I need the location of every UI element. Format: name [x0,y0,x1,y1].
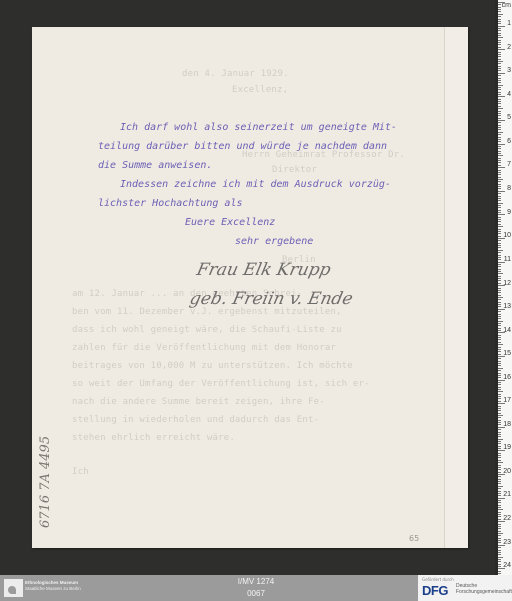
ruler-label: 2 [507,44,511,51]
bleed-text: stehen ehrlich erreicht wäre. [72,433,235,443]
page-edge [445,27,468,548]
signature-line: geb. Freiin v. Ende [188,289,355,309]
bleed-text: Ich [72,467,89,477]
ruler-label: 9 [507,209,511,216]
bleed-text: Excellenz, [232,85,288,95]
bleed-text: nach die andere Summe bereit zeigen, ihr… [72,397,325,407]
bleed-text: beitrages von 10,000 M zu unterstützen. … [72,361,353,371]
ruler-unit: cm [502,2,511,9]
bleed-text: so weit der Umfang der Veröffentlichung … [72,379,370,389]
letter-page: den 4. Januar 1929. Excellenz, Herrn Geh… [32,27,468,548]
bleed-text: dass ich wohl geneigt wäre, die Schaufi-… [72,325,342,335]
bleed-text: zahlen für die Veröffentlichung mit dem … [72,343,336,353]
ruler-label: 7 [507,161,511,168]
archive-margin-note: 6716 7A 4495 [38,436,53,528]
page-number: 65 [409,534,419,543]
typed-line: die Summe anweisen. [98,160,212,171]
bleed-text: Direktor [272,165,317,175]
typed-line: teilung darüber bitten und würde je nach… [98,141,387,152]
ruler-label: 5 [507,114,511,121]
typed-line: lichster Hochachtung als [98,198,243,209]
typed-line: Euere Excellenz [185,217,275,228]
ruler-label: 1 [507,20,511,27]
ruler-label: 6 [507,138,511,145]
signature-line: Frau Elk Krupp [195,260,333,280]
funding-caption: Gefördert durch [422,577,454,582]
ruler-label: 8 [507,185,511,192]
ruler-label: 3 [507,67,511,74]
funder-name: Deutsche Forschungsgemeinschaft [456,583,512,595]
typed-line: Indessen zeichne ich mit dem Ausdruck vo… [120,179,391,190]
bleed-text: stellung in wiederholen und dadurch das … [72,415,319,425]
footer-bar: Ethnologisches Museum Staatliche Museen … [0,575,512,601]
typed-line: sehr ergebene [235,236,313,247]
funder-name-line: Forschungsgemeinschaft [456,589,512,595]
scan-viewer: den 4. Januar 1929. Excellenz, Herrn Geh… [0,0,495,575]
ruler-label: 4 [507,91,511,98]
dfg-logo-icon: DFG [422,583,448,598]
funder-block: Gefördert durch DFG Deutsche Forschungsg… [418,575,512,601]
typed-line: Ich darf wohl also seinerzeit um geneigt… [120,122,397,133]
cm-ruler: cm 1 2 3 4 5 6 7 8 9 10 11 12 13 14 15 1… [495,0,512,575]
bleed-text: den 4. Januar 1929. [182,69,289,79]
